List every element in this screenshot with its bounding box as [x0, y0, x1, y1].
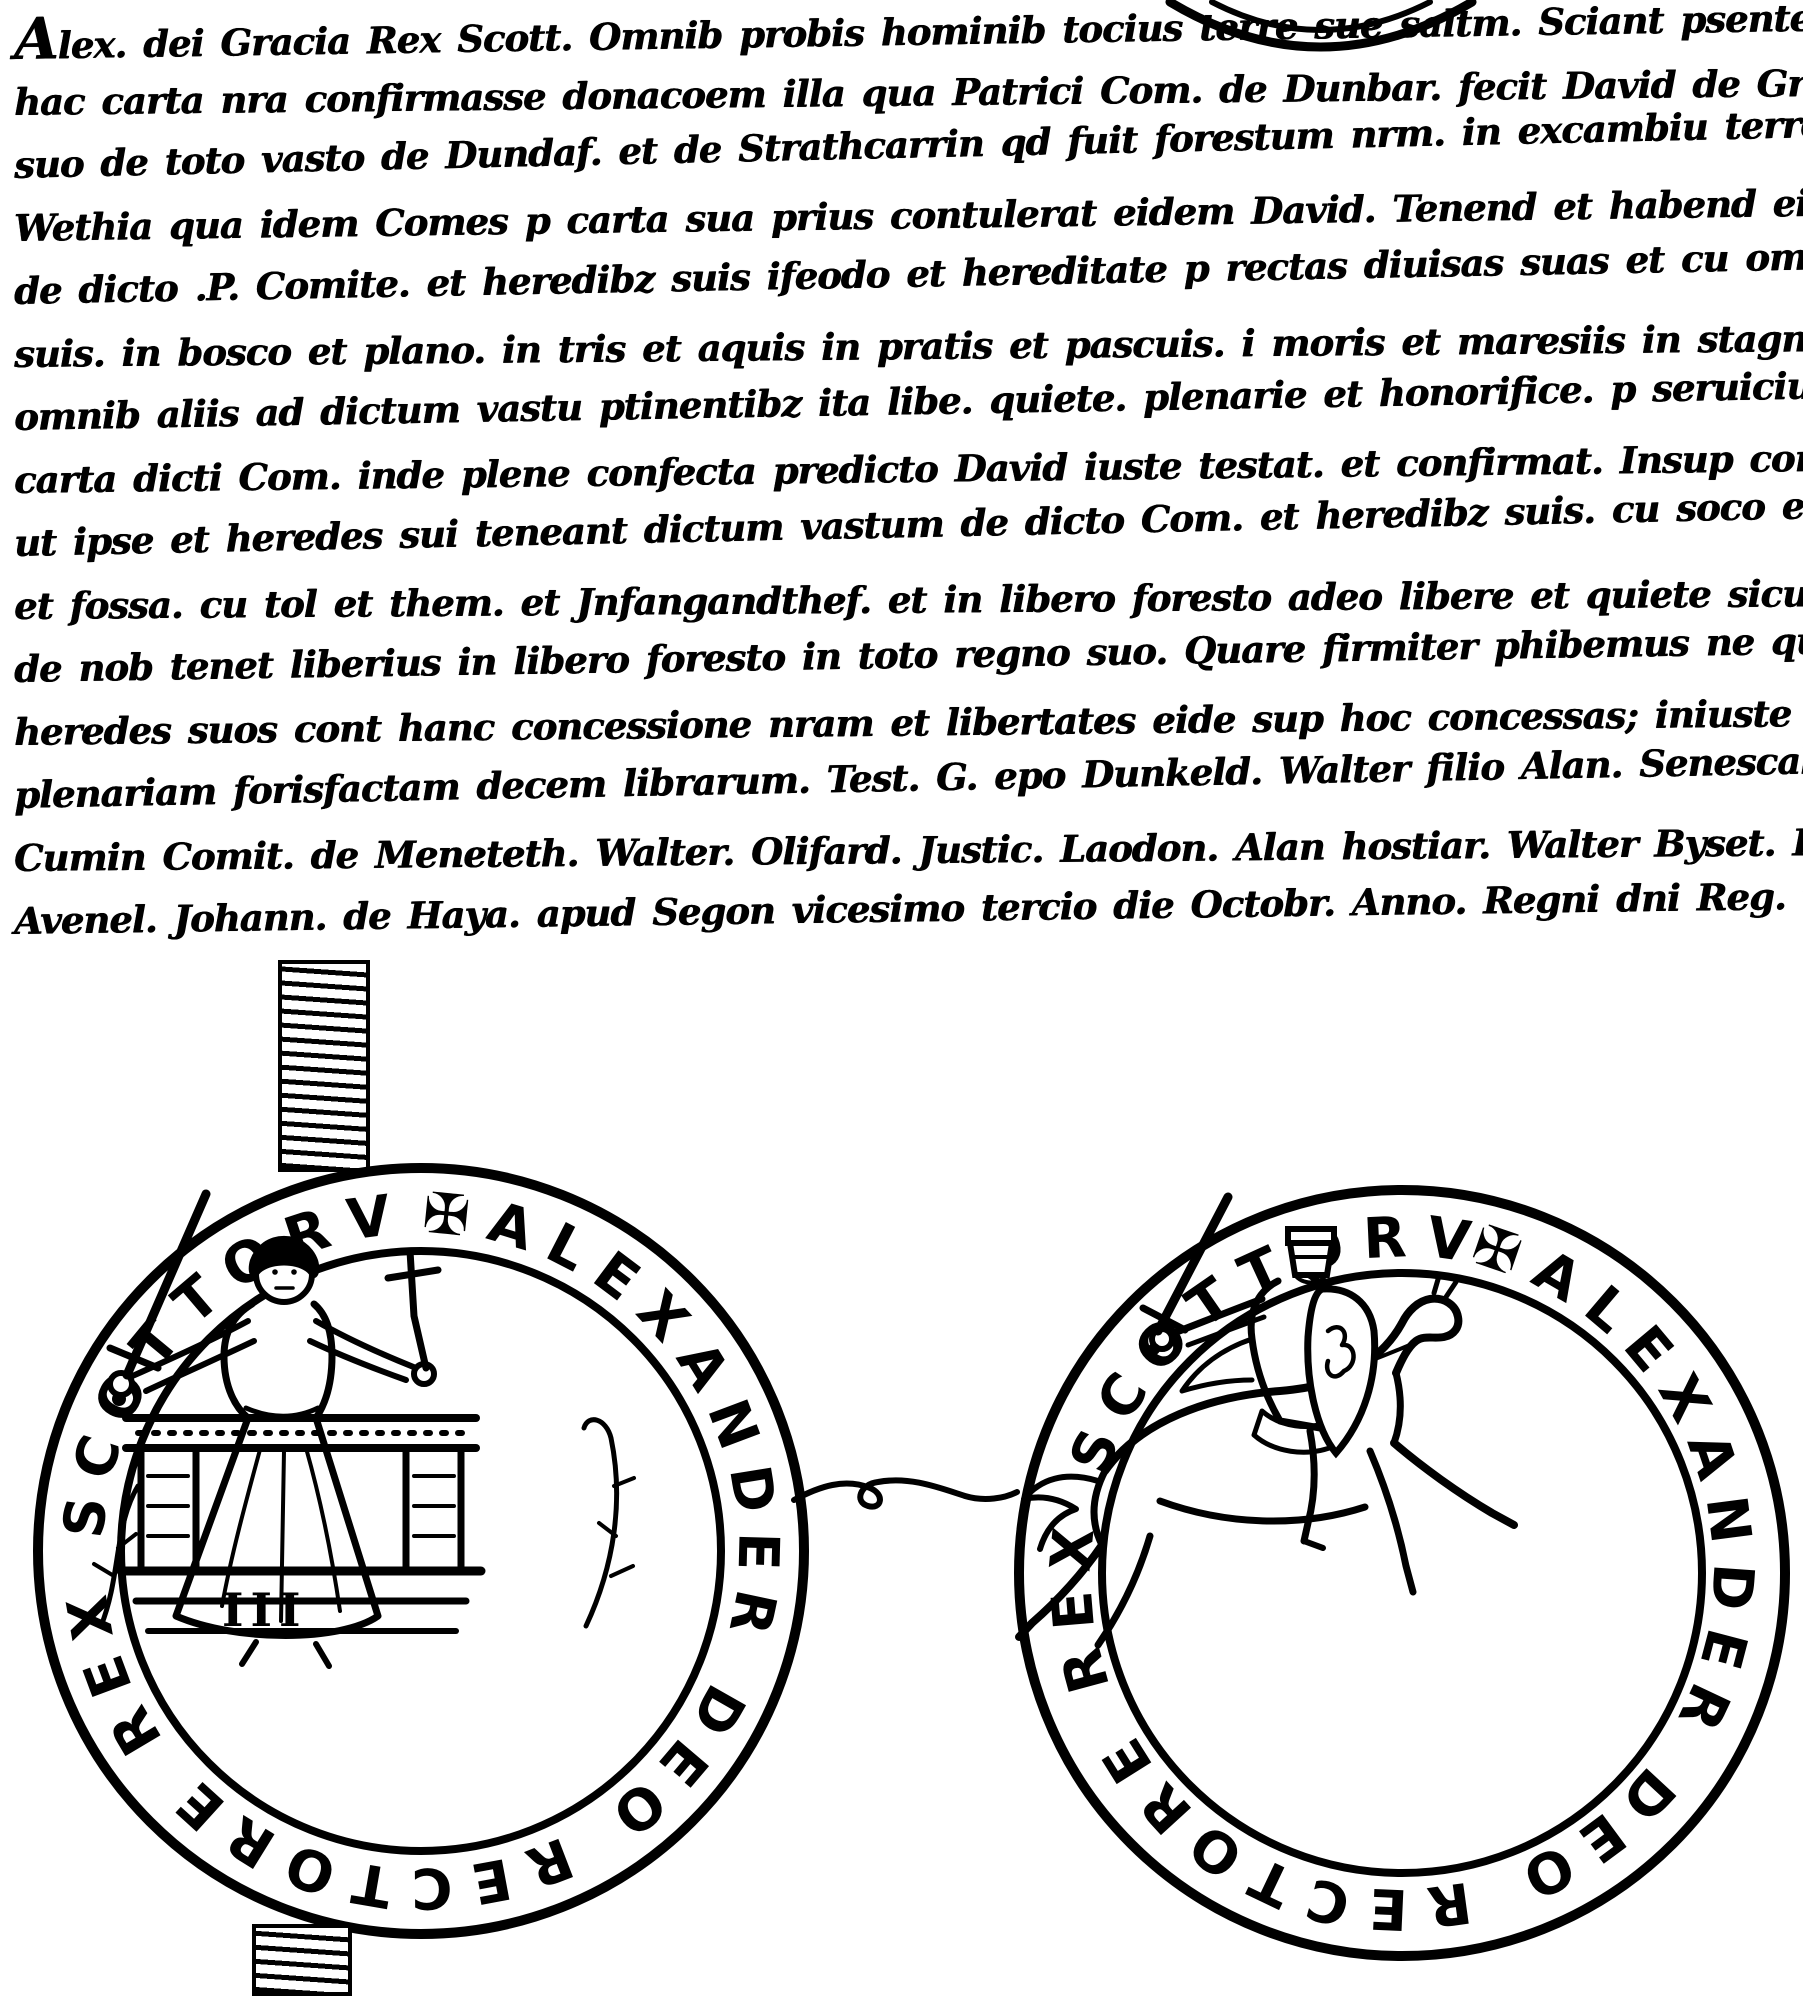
seal-tag-bottom — [252, 1924, 352, 1996]
seal-tag-top — [278, 960, 370, 1172]
seal-outer-rim — [38, 1168, 804, 1934]
sword-pommel — [1148, 1343, 1160, 1355]
charter-facsimile-page: Alex. dei Gracia Rex Scott. Omnib probis… — [0, 0, 1803, 1996]
great-seal-reverse: ✠ALEXANDER DEO RECTORE REX SCOTTORVM — [1010, 1181, 1802, 1973]
throne-numeral: III — [222, 1583, 308, 1637]
manuscript-text-block: Alex. dei Gracia Rex Scott. Omnib probis… — [14, 8, 1794, 953]
sword-pommel — [112, 1392, 126, 1406]
great-seal-obverse: ✠ALEXANDER DEO RECTORE REX SCOTTORVM — [26, 1156, 816, 1946]
knight-helmet — [1288, 1229, 1334, 1275]
seal-cord — [790, 1448, 1020, 1538]
